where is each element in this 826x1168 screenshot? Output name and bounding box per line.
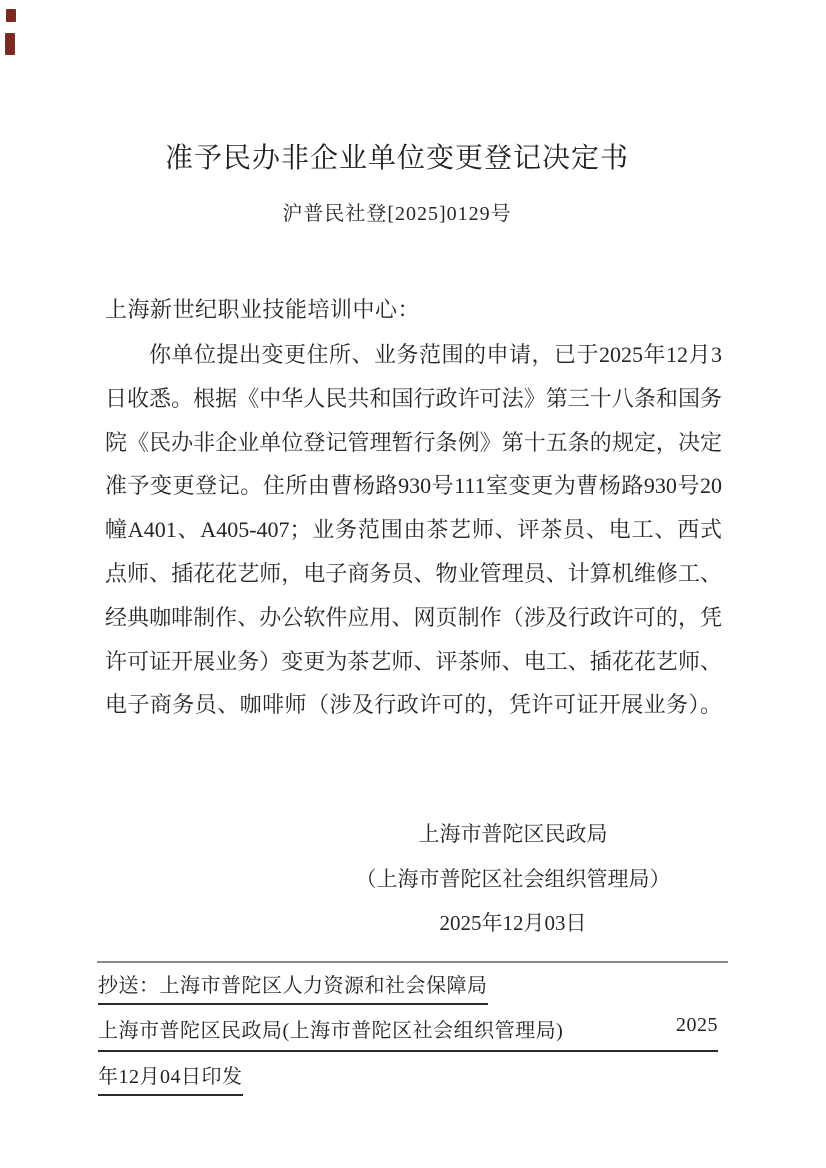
body-line: 你单位提出变更住所、业务范围的申请，已于2025年12月3: [105, 333, 722, 377]
body-line: 电子商务员、咖啡师（涉及行政许可的，凭许可证开展业务）。: [105, 683, 722, 727]
issue-year: 2025: [676, 1014, 718, 1037]
body-line: 院《民办非企业单位登记管理暂行条例》第十五条的规定，决定: [105, 421, 722, 465]
document-body: 你单位提出变更住所、业务范围的申请，已于2025年12月3 日收悉。根据《中华人…: [105, 333, 722, 727]
signing-org-alt: （上海市普陀区社会组织管理局）: [303, 857, 723, 902]
cc-line: 抄送：上海市普陀区人力资源和社会保障局: [98, 969, 488, 1005]
issuer-text: 上海市普陀区民政局(上海市普陀区社会组织管理局): [98, 1014, 563, 1043]
body-line: 经典咖啡制作、办公软件应用、网页制作（涉及行政许可的，凭: [105, 596, 722, 640]
body-line: 日收悉。根据《中华人民共和国行政许可法》第三十八条和国务: [105, 377, 722, 421]
issue-date-text: 年12月04日印发: [98, 1060, 243, 1096]
issuer-line: 上海市普陀区民政局(上海市普陀区社会组织管理局) 2025: [98, 1014, 718, 1052]
addressee: 上海新世纪职业技能培训中心：: [105, 293, 420, 324]
body-line: 点师、插花花艺师，电子商务员、物业管理员、计算机维修工、: [105, 552, 722, 596]
signing-date: 2025年12月03日: [303, 901, 723, 946]
footer-divider: [97, 961, 728, 963]
signing-org: 上海市普陀区民政局: [303, 812, 723, 857]
body-line: 幢A401、A405-407；业务范围由茶艺师、评茶员、电工、西式面: [105, 508, 722, 552]
scan-artifact-mark: [5, 33, 15, 55]
scan-artifact-mark: [6, 9, 16, 22]
document-page: 准予民办非企业单位变更登记决定书 沪普民社登[2025]0129号 上海新世纪职…: [0, 0, 826, 1168]
cc-text: 抄送：上海市普陀区人力资源和社会保障局: [98, 969, 488, 1005]
document-number: 沪普民社登[2025]0129号: [90, 197, 704, 226]
issue-date-line: 年12月04日印发: [98, 1060, 243, 1096]
document-title: 准予民办非企业单位变更登记决定书: [90, 136, 704, 176]
body-line: 许可证开展业务）变更为茶艺师、评茶师、电工、插花花艺师、: [105, 640, 722, 684]
signature-block: 上海市普陀区民政局 （上海市普陀区社会组织管理局） 2025年12月03日: [303, 812, 723, 946]
body-line: 准予变更登记。住所由曹杨路930号111室变更为曹杨路930号20: [105, 464, 722, 508]
